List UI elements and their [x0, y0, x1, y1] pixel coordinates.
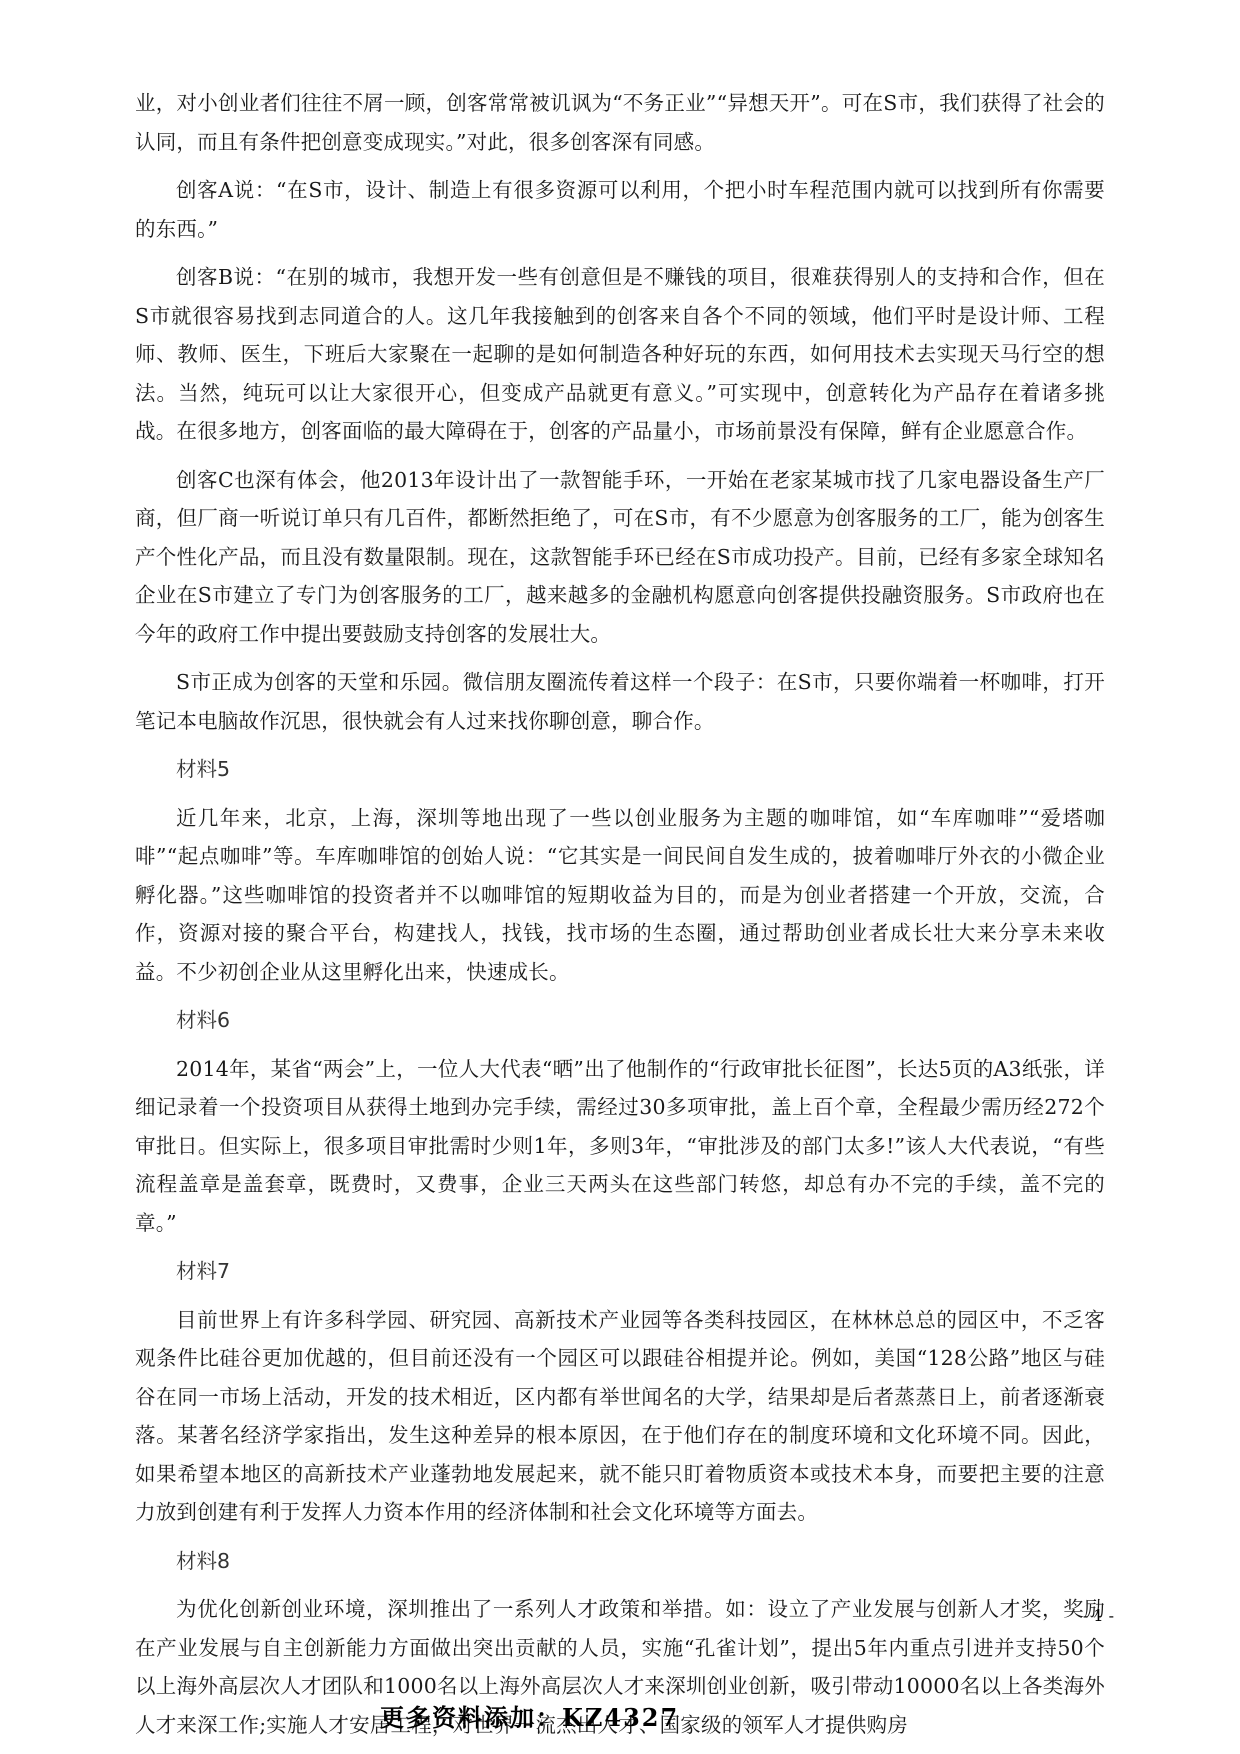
paragraph-s-city: S市正成为创客的天堂和乐园。微信朋友圈流传着这样一个段子：在S市，只要你端着一杯…	[135, 663, 1105, 740]
paragraph-material-6: 2014年，某省“两会”上，一位人大代表“晒”出了他制作的“行政审批长征图”，长…	[135, 1050, 1105, 1243]
paragraph-material-5: 近几年来，北京，上海，深圳等地出现了一些以创业服务为主题的咖啡馆，如“车库咖啡”…	[135, 799, 1105, 992]
paragraph-maker-b: 创客B说：“在别的城市，我想开发一些有创意但是不赚钱的项目，很难获得别人的支持和…	[135, 258, 1105, 451]
paragraph-material-7: 目前世界上有许多科学园、研究园、高新技术产业园等各类科技园区，在林林总总的园区中…	[135, 1301, 1105, 1532]
paragraph-maker-c: 创客C也深有体会，他2013年设计出了一款智能手环，一开始在老家某城市找了几家电…	[135, 461, 1105, 654]
section-heading-material-7: 材料7	[135, 1252, 1105, 1291]
page-number: - 1 -	[1083, 1606, 1114, 1625]
footer-note: 更多资料添加：KZ4327	[380, 1698, 679, 1733]
section-heading-material-8: 材料8	[135, 1542, 1105, 1581]
section-heading-material-6: 材料6	[135, 1001, 1105, 1040]
paragraph-continuation: 业，对小创业者们往往不屑一顾，创客常常被讥讽为“不务正业”“异想天开”。可在S市…	[135, 84, 1105, 161]
section-heading-material-5: 材料5	[135, 750, 1105, 789]
paragraph-maker-a: 创客A说：“在S市，设计、制造上有很多资源可以利用，个把小时车程范围内就可以找到…	[135, 171, 1105, 248]
document-page: 业，对小创业者们往往不屑一顾，创客常常被讥讽为“不务正业”“异想天开”。可在S市…	[135, 84, 1105, 1754]
